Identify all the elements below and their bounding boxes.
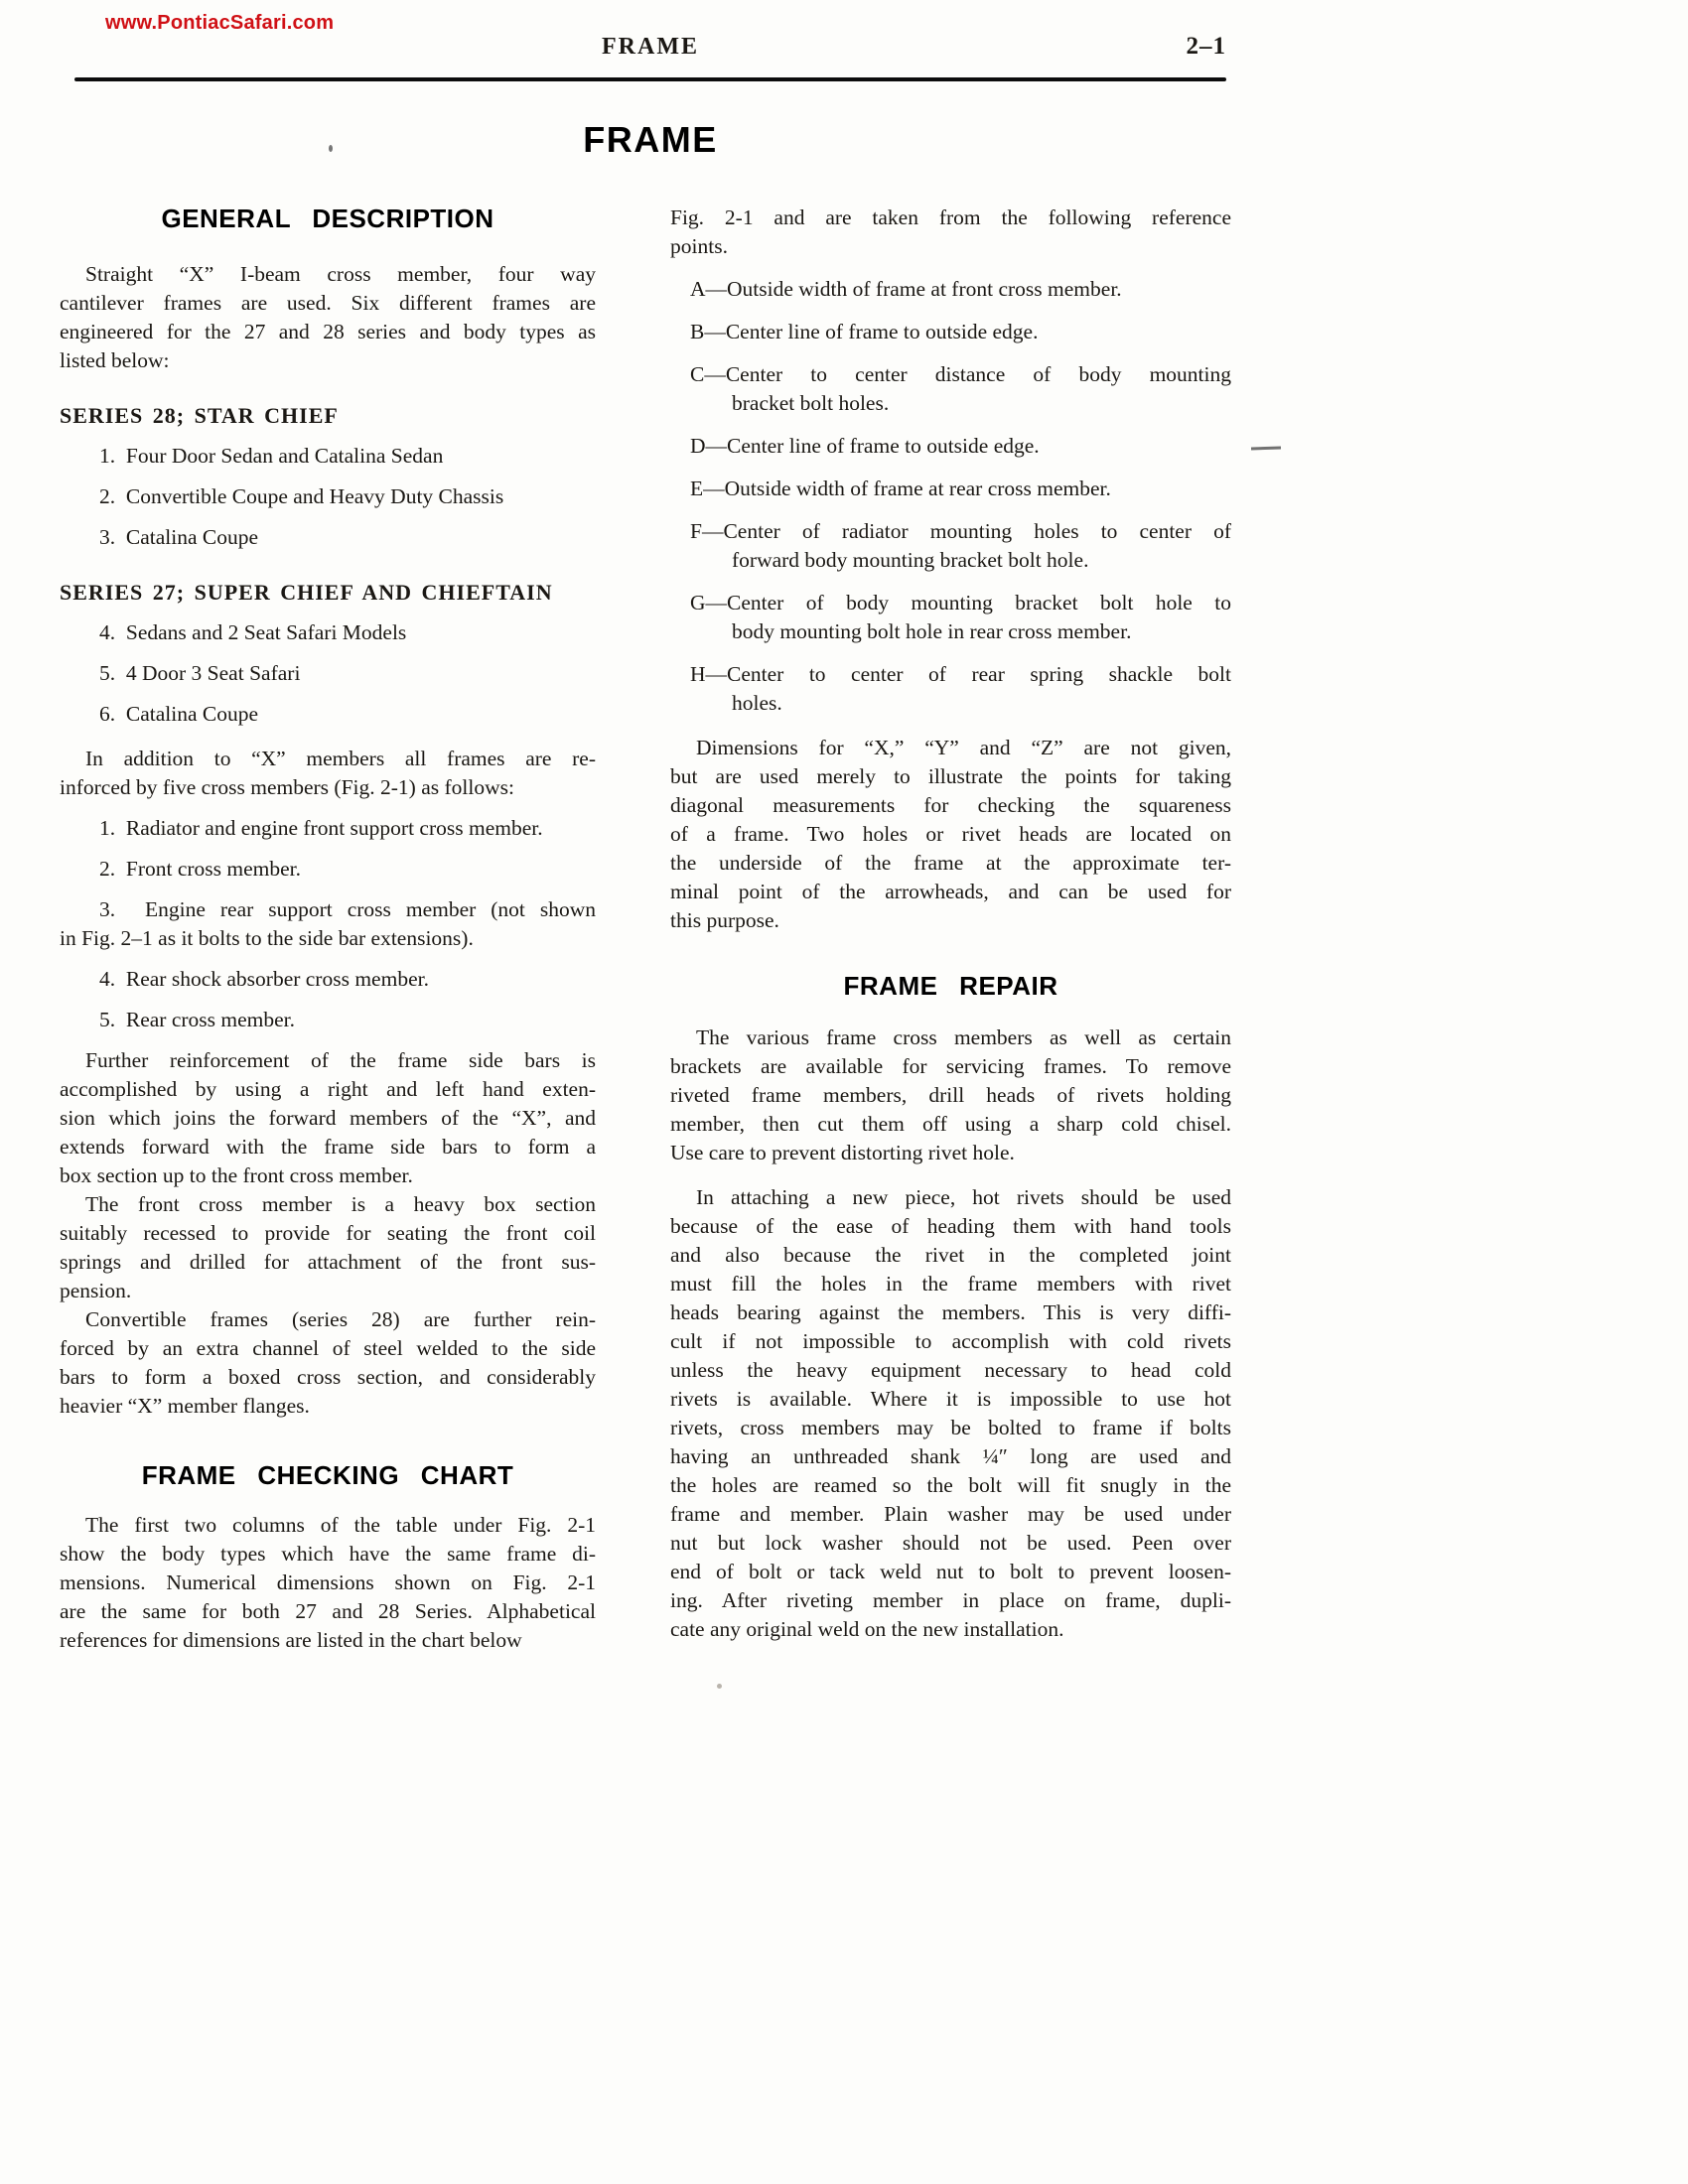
text-line: In addition to “X” members all frames ar… <box>60 745 596 773</box>
reference-point: E—Outside width of frame at rear cross m… <box>670 475 1231 503</box>
manual-page: www.PontiacSafari.com FRAME 2–1 FRAME GE… <box>0 0 1688 2184</box>
text-line: must fill the holes in the frame members… <box>670 1270 1231 1298</box>
text-line: rivets, cross members may be bolted to f… <box>670 1414 1231 1442</box>
reference-point: G—Center of body mounting bracket bolt h… <box>670 589 1231 646</box>
list-item: 5. 4 Door 3 Seat Safari <box>60 659 596 688</box>
text-line: frame and member. Plain washer may be us… <box>670 1500 1231 1529</box>
text-line: the holes are reamed so the bolt will fi… <box>670 1471 1231 1500</box>
reference-point: H—Center to center of rear spring shackl… <box>670 660 1231 718</box>
reference-point: B—Center line of frame to outside edge. <box>670 318 1231 346</box>
right-column: Fig. 2-1 and are taken from the followin… <box>670 204 1231 1644</box>
text-line: springs and drilled for attachment of th… <box>60 1248 596 1277</box>
paragraph-reinforcement: Further reinforcement of the frame side … <box>60 1046 596 1190</box>
text-line: suitably recessed to provide for seating… <box>60 1219 596 1248</box>
list-item: 6. Catalina Coupe <box>60 700 596 729</box>
scan-artifact-dot <box>329 145 333 152</box>
text-line: ing. After riveting member in place on f… <box>670 1586 1231 1615</box>
text-line: forced by an extra channel of steel weld… <box>60 1334 596 1363</box>
paragraph-front-cross-member: The front cross member is a heavy box se… <box>60 1190 596 1305</box>
text-line: forward body mounting bracket bolt hole. <box>670 546 1231 575</box>
paragraph-repair-1: The various frame cross members as well … <box>670 1024 1231 1167</box>
left-column: GENERAL DESCRIPTION Straight “X” I-beam … <box>60 204 596 1655</box>
text-line: 3. Engine rear support cross member (not… <box>60 895 596 924</box>
text-line: inforced by five cross members (Fig. 2-1… <box>60 773 596 802</box>
text-line: cult if not impossible to accomplish wit… <box>670 1327 1231 1356</box>
paragraph-continuation: Fig. 2-1 and are taken from the followin… <box>670 204 1231 261</box>
text-line: D—Center line of frame to outside edge. <box>670 432 1231 461</box>
text-line: 5. Rear cross member. <box>60 1006 596 1034</box>
heading-frame-checking-chart: FRAME CHECKING CHART <box>60 1460 596 1491</box>
text-line: heads bearing against the members. This … <box>670 1298 1231 1327</box>
list-item: 2. Convertible Coupe and Heavy Duty Chas… <box>60 482 596 511</box>
text-line: heavier “X” member flanges. <box>60 1392 596 1421</box>
text-line: bars to form a boxed cross section, and … <box>60 1363 596 1392</box>
page-title: FRAME <box>74 119 1226 161</box>
text-line: Straight “X” I-beam cross member, four w… <box>60 260 596 289</box>
text-line: The front cross member is a heavy box se… <box>60 1190 596 1219</box>
text-line: minal point of the arrowheads, and can b… <box>670 878 1231 906</box>
text-line: C—Center to center distance of body moun… <box>670 360 1231 389</box>
text-line: A—Outside width of frame at front cross … <box>670 275 1231 304</box>
text-line: Further reinforcement of the frame side … <box>60 1046 596 1075</box>
text-line: holes. <box>670 689 1231 718</box>
text-line: In attaching a new piece, hot rivets sho… <box>670 1183 1231 1212</box>
text-line: F—Center of radiator mounting holes to c… <box>670 517 1231 546</box>
running-header-title: FRAME <box>74 34 1226 61</box>
text-line: this purpose. <box>670 906 1231 935</box>
text-line: having an unthreaded shank ¼″ long are u… <box>670 1442 1231 1471</box>
text-line: 2. Front cross member. <box>60 855 596 884</box>
text-line: because of the ease of heading them with… <box>670 1212 1231 1241</box>
text-line: references for dimensions are listed in … <box>60 1626 596 1655</box>
text-line: pension. <box>60 1277 596 1305</box>
text-line: G—Center of body mounting bracket bolt h… <box>670 589 1231 617</box>
heading-series-28: SERIES 28; STAR CHIEF <box>60 401 596 430</box>
text-line: points. <box>670 232 1231 261</box>
text-line: are the same for both 27 and 28 Series. … <box>60 1597 596 1626</box>
text-line: The first two columns of the table under… <box>60 1511 596 1540</box>
text-line: riveted frame members, drill heads of ri… <box>670 1081 1231 1110</box>
reference-point: D—Center line of frame to outside edge. <box>670 432 1231 461</box>
text-line: brackets are available for servicing fra… <box>670 1052 1231 1081</box>
list-item: 3. Catalina Coupe <box>60 523 596 552</box>
text-line: cantilever frames are used. Six differen… <box>60 289 596 318</box>
text-line: unless the heavy equipment necessary to … <box>670 1356 1231 1385</box>
text-line: body mounting bolt hole in rear cross me… <box>670 617 1231 646</box>
text-line: extends forward with the frame side bars… <box>60 1133 596 1161</box>
heading-general-description: GENERAL DESCRIPTION <box>60 204 596 234</box>
text-line: E—Outside width of frame at rear cross m… <box>670 475 1231 503</box>
text-line: 4. Rear shock absorber cross member. <box>60 965 596 994</box>
list-item: 1. Four Door Sedan and Catalina Sedan <box>60 442 596 471</box>
text-line: nut but lock washer should not be used. … <box>670 1529 1231 1558</box>
reference-point: F—Center of radiator mounting holes to c… <box>670 517 1231 575</box>
text-line: end of bolt or tack weld nut to bolt to … <box>670 1558 1231 1586</box>
paragraph-repair-2: In attaching a new piece, hot rivets sho… <box>670 1183 1231 1644</box>
list-item: 4. Rear shock absorber cross member. <box>60 965 596 994</box>
text-line: in Fig. 2–1 as it bolts to the side bar … <box>60 924 596 953</box>
text-line: cate any original weld on the new instal… <box>670 1615 1231 1644</box>
text-line: and also because the rivet in the comple… <box>670 1241 1231 1270</box>
header-rule <box>74 77 1226 81</box>
paragraph-cross-members-intro: In addition to “X” members all frames ar… <box>60 745 596 802</box>
text-line: Dimensions for “X,” “Y” and “Z” are not … <box>670 734 1231 762</box>
list-item: 3. Engine rear support cross member (not… <box>60 895 596 953</box>
text-line: of a frame. Two holes or rivet heads are… <box>670 820 1231 849</box>
text-line: 1. Radiator and engine front support cro… <box>60 814 596 843</box>
paragraph-intro: Straight “X” I-beam cross member, four w… <box>60 260 596 375</box>
paragraph-convertible-frames: Convertible frames (series 28) are furth… <box>60 1305 596 1421</box>
text-line: show the body types which have the same … <box>60 1540 596 1569</box>
text-line: Fig. 2-1 and are taken from the followin… <box>670 204 1231 232</box>
paragraph-dimensions: Dimensions for “X,” “Y” and “Z” are not … <box>670 734 1231 935</box>
reference-point: A—Outside width of frame at front cross … <box>670 275 1231 304</box>
paragraph-checking-chart: The first two columns of the table under… <box>60 1511 596 1655</box>
list-item: 4. Sedans and 2 Seat Safari Models <box>60 618 596 647</box>
list-item: 1. Radiator and engine front support cro… <box>60 814 596 843</box>
text-line: H—Center to center of rear spring shackl… <box>670 660 1231 689</box>
heading-frame-repair: FRAME REPAIR <box>670 971 1231 1002</box>
watermark-url: www.PontiacSafari.com <box>105 12 334 35</box>
text-line: accomplished by using a right and left h… <box>60 1075 596 1104</box>
text-line: rivets is available. Where it is impossi… <box>670 1385 1231 1414</box>
scan-artifact-speck <box>717 1684 722 1689</box>
text-line: Convertible frames (series 28) are furth… <box>60 1305 596 1334</box>
text-line: box section up to the front cross member… <box>60 1161 596 1190</box>
text-line: The various frame cross members as well … <box>670 1024 1231 1052</box>
text-line: member, then cut them off using a sharp … <box>670 1110 1231 1139</box>
text-line: the underside of the frame at the approx… <box>670 849 1231 878</box>
text-line: mensions. Numerical dimensions shown on … <box>60 1569 596 1597</box>
list-item: 2. Front cross member. <box>60 855 596 884</box>
scan-artifact-dash <box>1251 446 1281 450</box>
text-line: bracket bolt holes. <box>670 389 1231 418</box>
text-line: Use care to prevent distorting rivet hol… <box>670 1139 1231 1167</box>
heading-series-27: SERIES 27; SUPER CHIEF AND CHIEFTAIN <box>60 578 596 607</box>
text-line: engineered for the 27 and 28 series and … <box>60 318 596 346</box>
text-line: diagonal measurements for checking the s… <box>670 791 1231 820</box>
text-line: B—Center line of frame to outside edge. <box>670 318 1231 346</box>
reference-point: C—Center to center distance of body moun… <box>670 360 1231 418</box>
text-line: listed below: <box>60 346 596 375</box>
list-item: 5. Rear cross member. <box>60 1006 596 1034</box>
text-line: but are used merely to illustrate the po… <box>670 762 1231 791</box>
text-line: sion which joins the forward members of … <box>60 1104 596 1133</box>
page-number: 2–1 <box>1122 33 1226 61</box>
